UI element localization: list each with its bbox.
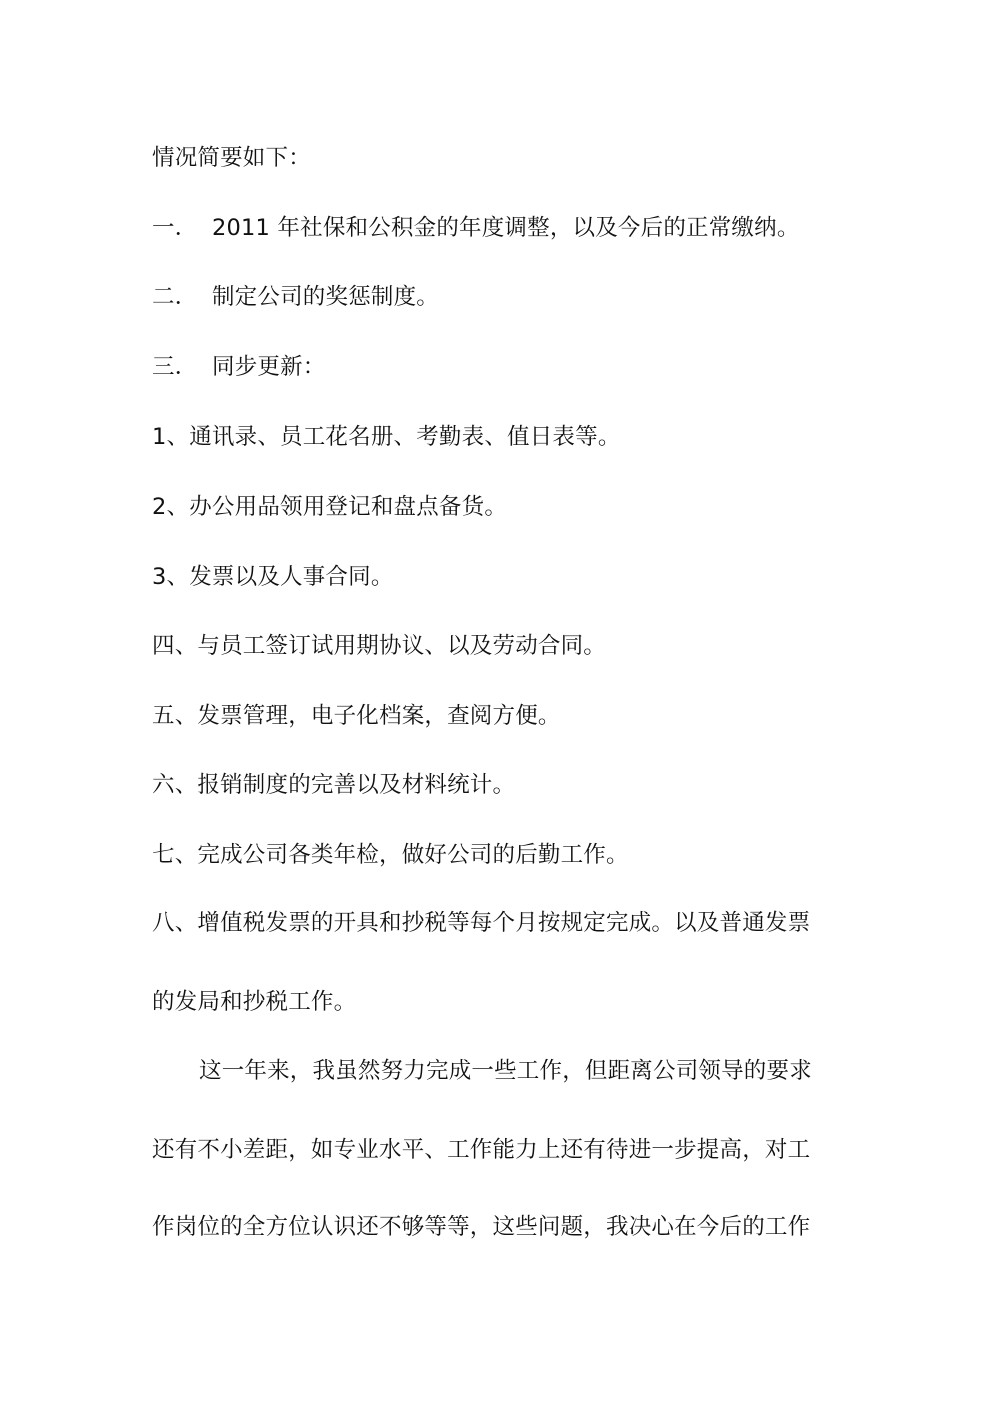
list-item-continuation: 的发局和抄税工作。 <box>152 987 356 1017</box>
paragraph-line: 作岗位的全方位认识还不够等等，这些问题，我决心在今后的工作 <box>152 1212 810 1242</box>
sub-item: 3、发票以及人事合同。 <box>152 562 394 592</box>
document-page: 情况简要如下： 一．2011 年社保和公积金的年度调整，以及今后的正常缴纳。 二… <box>0 0 1000 1415</box>
list-item: 一．2011 年社保和公积金的年度调整，以及今后的正常缴纳。 <box>152 213 800 243</box>
list-item: 五、发票管理，电子化档案，查阅方便。 <box>152 701 561 731</box>
item-text: 同步更新： <box>212 354 326 380</box>
paragraph-line: 这一年来，我虽然努力完成一些工作，但距离公司领导的要求 <box>152 1056 812 1086</box>
list-item: 八、增值税发票的开具和抄税等每个月按规定完成。以及普通发票 <box>152 908 810 938</box>
sub-item: 1、通讯录、员工花名册、考勤表、值日表等。 <box>152 422 621 452</box>
intro-line: 情况简要如下： <box>152 143 311 173</box>
list-item: 三．同步更新： <box>152 352 326 382</box>
item-marker: 三． <box>152 352 212 382</box>
list-item: 七、完成公司各类年检，做好公司的后勤工作。 <box>152 840 629 870</box>
sub-item: 2、办公用品领用登记和盘点备货。 <box>152 492 507 522</box>
list-item: 二．制定公司的奖惩制度。 <box>152 282 439 312</box>
item-text: 2011 年社保和公积金的年度调整，以及今后的正常缴纳。 <box>212 215 800 241</box>
item-text: 制定公司的奖惩制度。 <box>212 284 439 310</box>
paragraph-line: 还有不小差距，如专业水平、工作能力上还有待进一步提高，对工 <box>152 1135 810 1165</box>
item-marker: 二． <box>152 282 212 312</box>
list-item: 六、报销制度的完善以及材料统计。 <box>152 770 515 800</box>
item-marker: 一． <box>152 213 212 243</box>
list-item: 四、与员工签订试用期协议、以及劳动合同。 <box>152 631 606 661</box>
